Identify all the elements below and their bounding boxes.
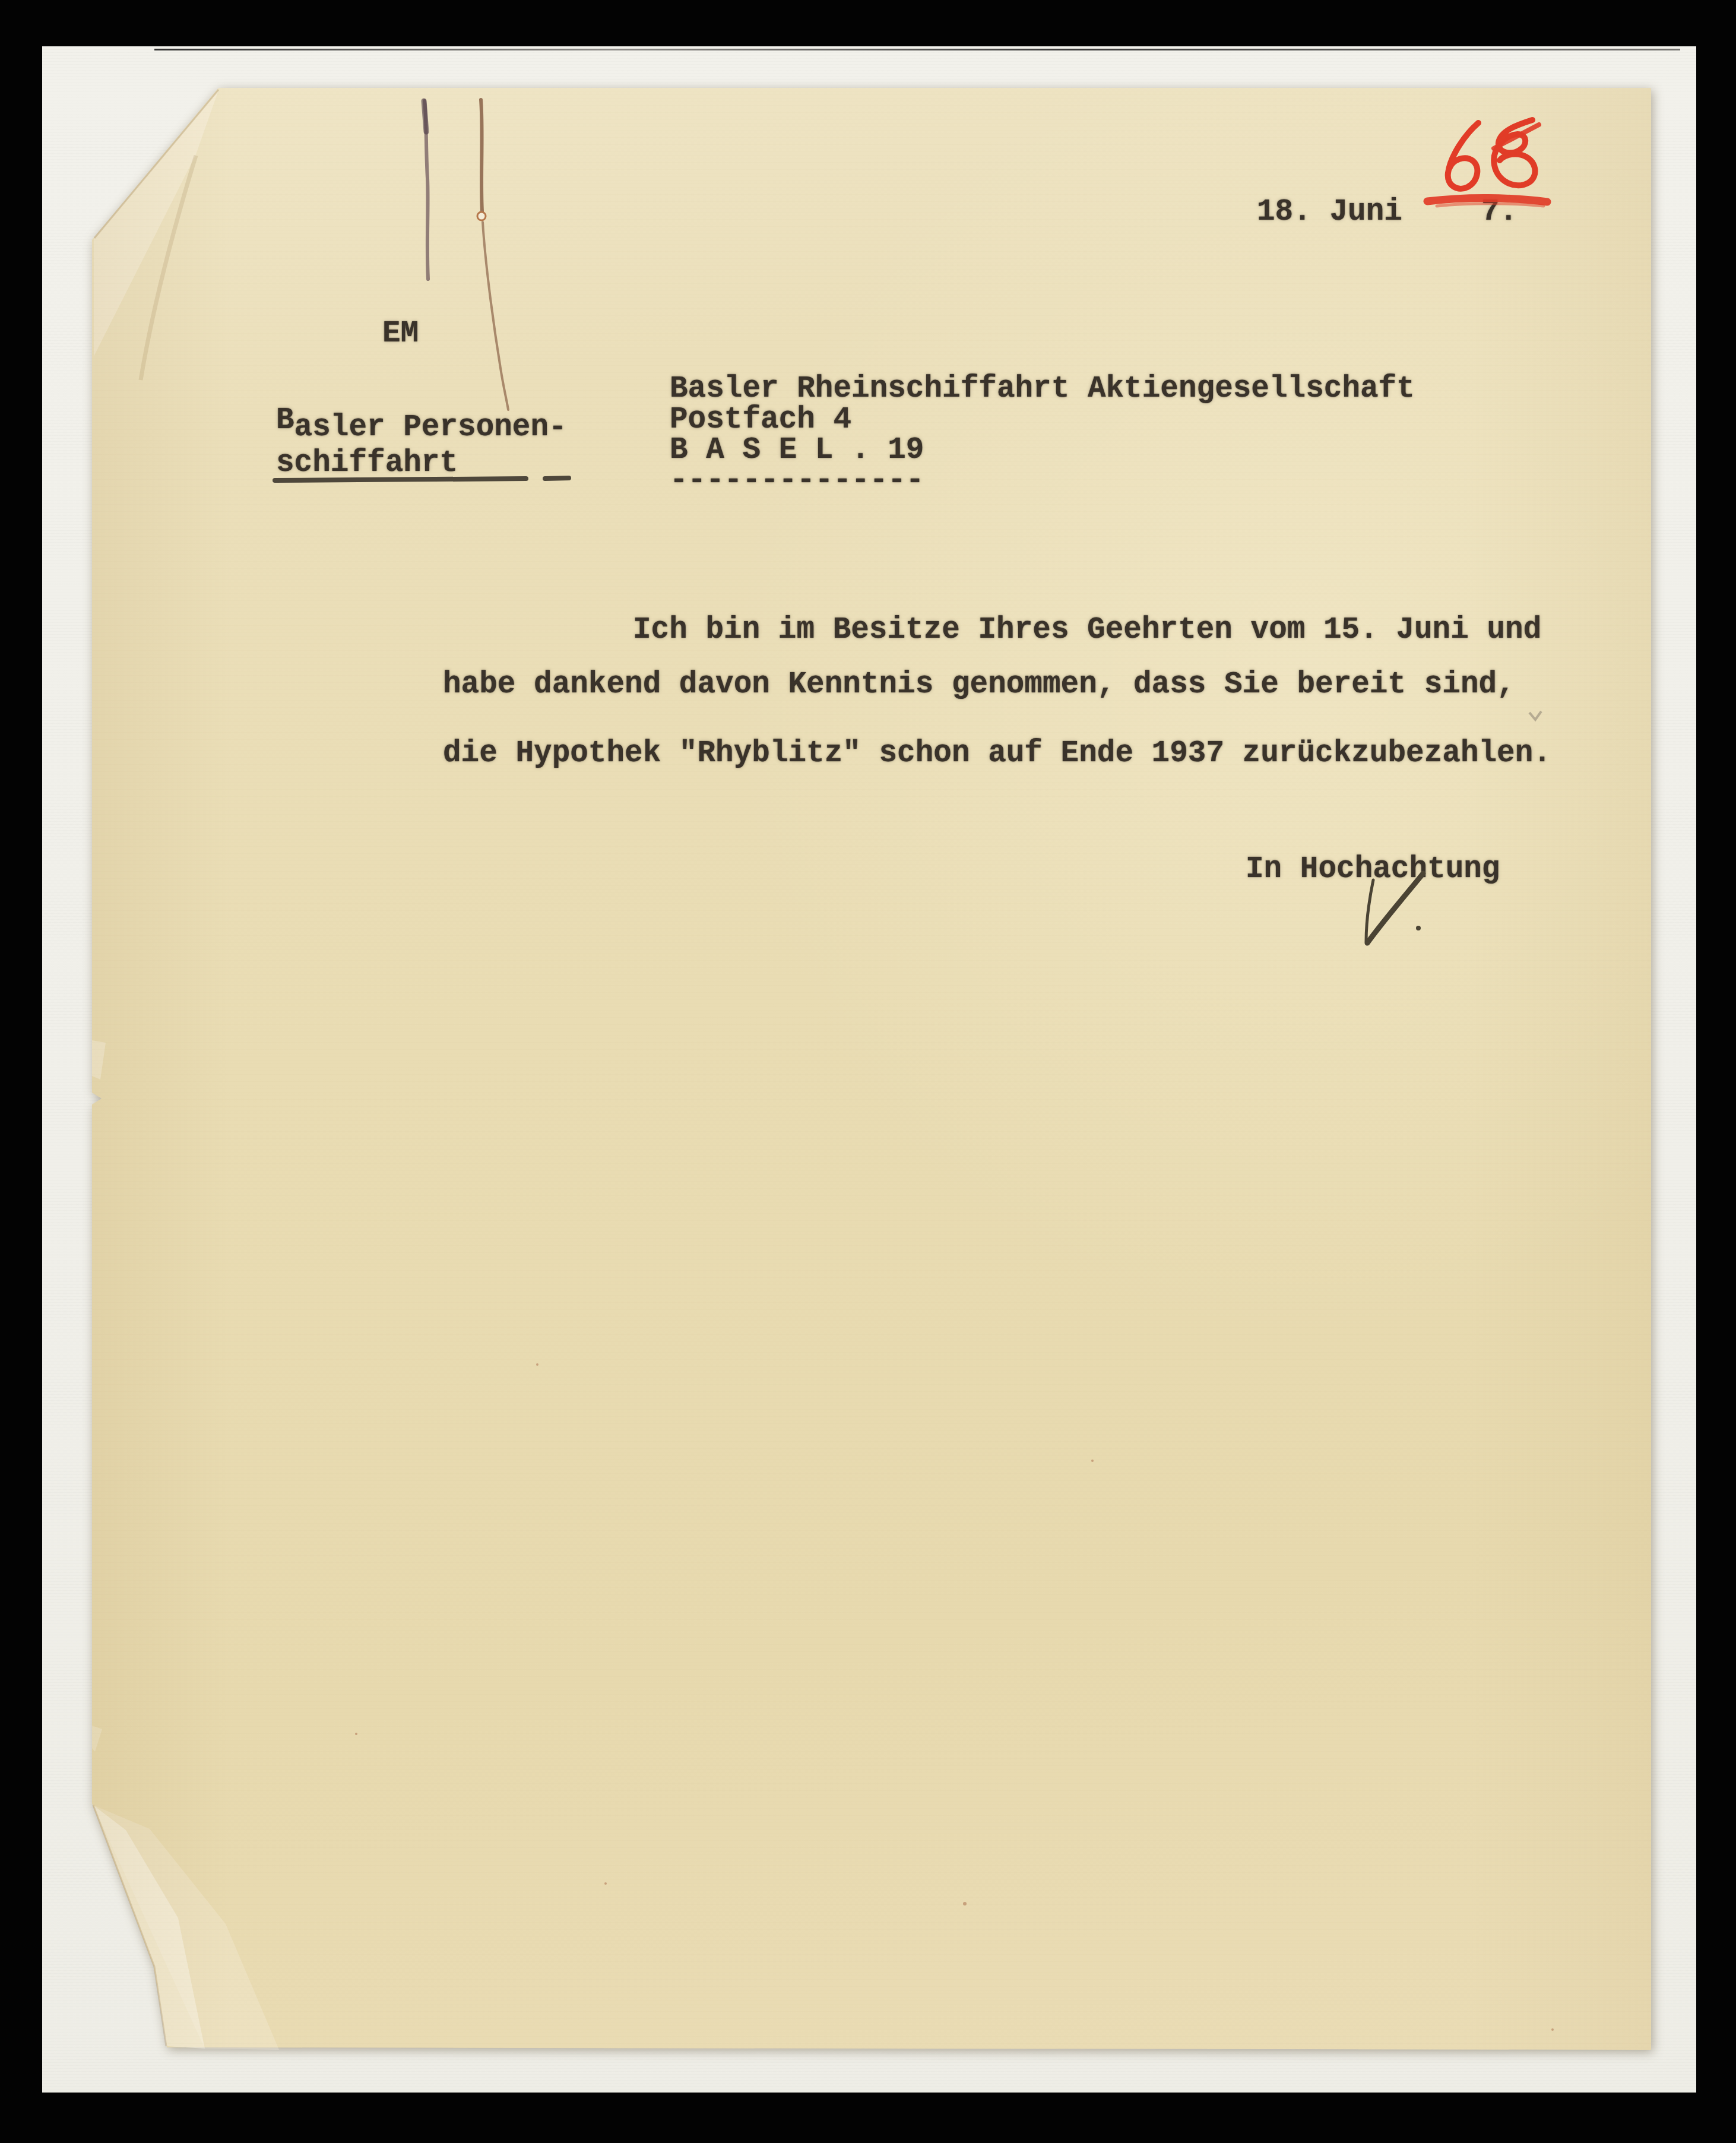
body-line-1: Ich bin im Besitze Ihres Geehrten vom 15… <box>633 615 1541 645</box>
copy-number: 7. <box>1481 197 1518 227</box>
recipient-city: B A S E L . 19 <box>670 435 924 466</box>
sender-name-line1-rest: asler Personen- <box>294 411 567 445</box>
sender-raised-initial: B <box>276 404 294 438</box>
body-line-3: die Hypothek "Rhyblitz" schon auf Ende 1… <box>443 739 1551 769</box>
letter-date: 18. Juni <box>1257 197 1402 227</box>
body-line-2: habe dankend davon Kenntnis genommen, da… <box>443 670 1515 700</box>
recipient-company: Basler Rheinschiffahrt Aktiengesellschaf… <box>670 374 1415 404</box>
closing-salutation: In Hochachtung <box>1246 854 1500 885</box>
archive-scan: { "annotations": { "page_number_red": "6… <box>0 0 1736 2143</box>
letter-page-shadow <box>0 0 1736 2143</box>
typist-initials: EM <box>382 319 419 349</box>
recipient-underline-dashes: -------------- <box>670 466 924 496</box>
recipient-pobox: Postfach 4 <box>670 405 851 435</box>
sender-name-line2: schiffahrt <box>276 448 458 479</box>
sender-name-line1: Basler Personen- <box>276 413 567 443</box>
